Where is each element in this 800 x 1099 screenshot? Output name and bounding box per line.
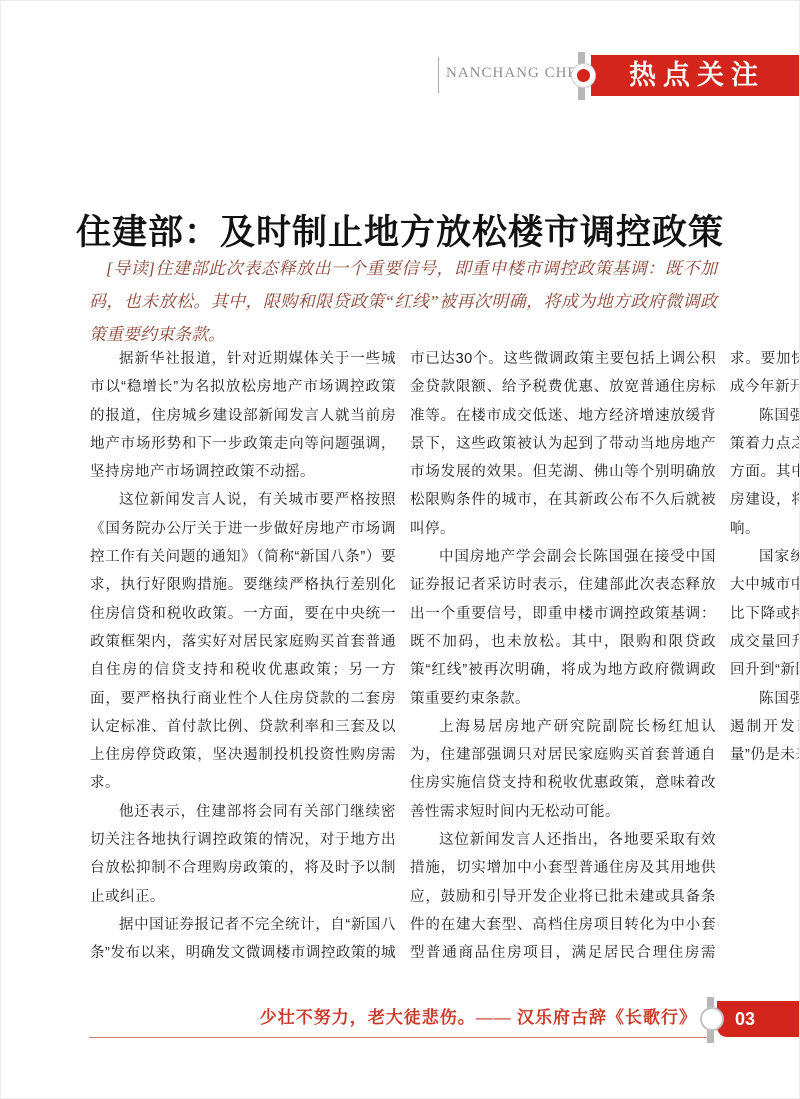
- article-paragraph: 这位新闻发言人说，有关城市要严格按照《国务院办公厅关于进一步做好房地产市场调控工…: [90, 486, 396, 797]
- footer-rule-line: [89, 1037, 709, 1038]
- footer-circle-icon: [702, 1009, 722, 1029]
- footer-quote: 少壮不努力，老大徒悲伤。—— 汉乐府古辞《长歌行》: [260, 1003, 697, 1028]
- article-title: 住建部：及时制止地方放松楼市调控政策: [1, 205, 799, 255]
- article-paragraph: 陈国强表示，增加供应仍将是当前主要政策着力点之一，这将是改善市场供求关系重要方面…: [730, 402, 800, 543]
- article-paragraph: 国家统计局数据显示，4月，在全国70个大中城市中，67个城市的新建商品住宅价格环…: [730, 543, 800, 684]
- article-paragraph: 上海易居房地产研究院副院长杨红旭认为，住建部强调只对居民家庭购买首套普通自住房实…: [410, 713, 716, 826]
- article-paragraph: 中国房地产学会副会长陈国强在接受中国证券报记者采访时表示，住建部此次表态释放出一…: [410, 543, 716, 713]
- section-label: 热点关注: [629, 60, 765, 90]
- article-body: 据新华社报道，针对近期媒体关于一些城市以“稳增长”为名拟放松房地产市场调控政策的…: [90, 345, 716, 971]
- article-paragraph: 陈国强表示，住建部的这一政策表态将会遏制开发商逆市提价的尝试，预计“以价换量”仍…: [730, 685, 800, 770]
- magazine-page: NANCHANG CHENGTOU 热点关注 住建部：及时制止地方放松楼市调控政…: [0, 0, 800, 1099]
- page-number-badge: 03: [717, 1001, 799, 1037]
- article-date: 二〇一二年六月七日: [730, 769, 800, 797]
- page-header: NANCHANG CHENGTOU 热点关注: [1, 55, 799, 97]
- page-number: 03: [735, 1009, 755, 1029]
- bullet-circle-icon: [572, 64, 595, 87]
- article-intro: [导读]住建部此次表态释放出一个重要信号，即重申楼市调控政策基调：既不加码，也未…: [89, 252, 717, 351]
- header-divider-line: [438, 57, 439, 93]
- article-paragraph: 他还表示，住建部将会同有关部门继续密切关注各地执行调控政策的情况，对于地方出台放…: [90, 798, 396, 911]
- article-paragraph: 据新华社报道，针对近期媒体关于一些城市以“稳增长”为名拟放松房地产市场调控政策的…: [90, 345, 396, 486]
- section-banner: 热点关注: [591, 55, 799, 96]
- page-footer: 少壮不努力，老大徒悲伤。—— 汉乐府古辞《长歌行》 03: [1, 995, 799, 1055]
